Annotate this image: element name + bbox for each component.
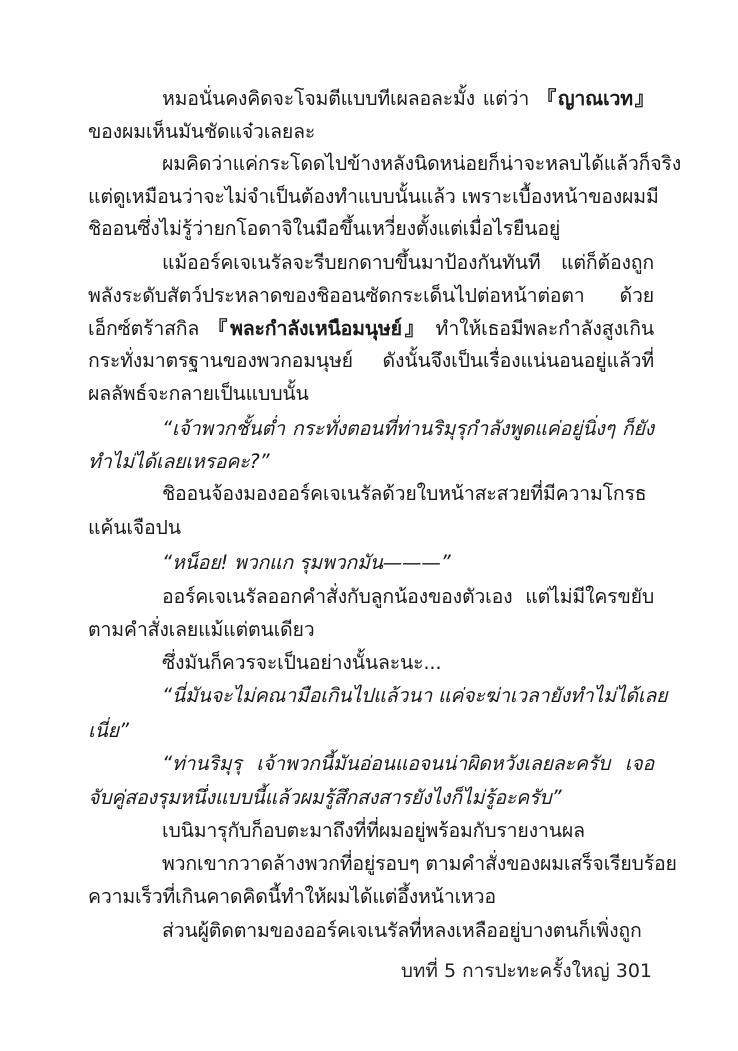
dialogue-line: เนี่ย” bbox=[88, 714, 654, 747]
text-line: พวกเขากวาดล้างพวกที่อยู่รอบๆ ตามคำสั่งขอ… bbox=[162, 847, 654, 880]
text-line: ซึ่งมันก็ควรจะเป็นอย่างนั้นละนะ... bbox=[162, 646, 654, 679]
dialogue-line: “นี่มันจะไม่คณามือเกินไปแล้วนา แค่จะฆ่าเ… bbox=[162, 679, 654, 712]
text-line: แค้นเจือปน bbox=[88, 511, 654, 544]
text-line: ออร์คเจเนรัลออกคำสั่งกับลูกน้องของตัวเอง… bbox=[162, 580, 654, 613]
dialogue-line: จับคู่สองรุมหนึ่งแบบนี้แล้วผมรู้สึกสงสาร… bbox=[88, 781, 654, 814]
text-line: ของผมเห็นมันชัดแจ๋วเลยละ bbox=[88, 115, 654, 148]
bracket-close: 』 bbox=[633, 87, 654, 110]
text-line: หมอนั่นคงคิดจะโจมตีแบบทีเผลอละมั้ง แต่ว่… bbox=[162, 82, 654, 115]
dialogue-line: “ท่านริมุรุ เจ้าพวกนี้มันอ่อนแอจนน่าผิดห… bbox=[162, 747, 654, 780]
text-line: เบนิมารุกับก็อบตะมาถึงที่ที่ผมอยู่พร้อมก… bbox=[162, 814, 654, 847]
page-footer: บทที่ 5 การปะทะครั้งใหญ่ 301 bbox=[394, 955, 652, 987]
text-line: เอ็กซ์ตร้าสกิล 『พละกำลังเหนือมนุษย์』 ทำใ… bbox=[88, 312, 654, 345]
page-number: 301 bbox=[616, 960, 652, 982]
text-segment: หมอนั่นคงคิดจะโจมตีแบบทีเผลอละมั้ง แต่ว่… bbox=[162, 87, 537, 110]
skill-term: ญาณเวท bbox=[558, 87, 633, 110]
text-line: ชิออนซึ่งไม่รู้ว่ายกโอดาจิในมือขึ้นเหวี่… bbox=[88, 212, 654, 245]
text-line: ชิออนจ้องมองออร์คเจเนรัลด้วยใบหน้าสะสวยท… bbox=[162, 477, 654, 510]
bracket-open: 『 bbox=[208, 317, 230, 340]
book-page: หมอนั่นคงคิดจะโจมตีแบบทีเผลอละมั้ง แต่ว่… bbox=[0, 0, 738, 1051]
chapter-label: บทที่ 5 การปะทะครั้งใหญ่ bbox=[401, 960, 610, 982]
text-line: แม้ออร์คเจเนรัลจะรีบยกดาบขึ้นมาป้องกันทั… bbox=[162, 246, 654, 279]
bracket-open: 『 bbox=[537, 87, 558, 110]
text-line: พลังระดับสัตว์ประหลาดของชิออนซัดกระเด็นไ… bbox=[88, 279, 654, 312]
text-line: ผมคิดว่าแค่กระโดดไปข้างหลังนิดหน่อยก็น่า… bbox=[162, 147, 654, 180]
text-segment: ทำให้เธอมีพละกำลังสูงเกิน bbox=[427, 317, 654, 340]
dialogue-line: “เจ้าพวกชั้นต่ำ กระทั่งตอนที่ท่านริมุรุก… bbox=[162, 412, 654, 445]
dialogue-line: ทำไม่ได้เลยเหรอคะ?” bbox=[88, 445, 654, 478]
text-line: แต่ดูเหมือนว่าจะไม่จำเป็นต้องทำแบบนั้นแล… bbox=[88, 180, 654, 213]
text-line: ส่วนผู้ติดตามของออร์คเจเนรัลที่หลงเหลืออ… bbox=[162, 914, 654, 947]
text-line: ตามคำสั่งเลยแม้แต่ตนเดียว bbox=[88, 613, 654, 646]
bracket-close: 』 bbox=[402, 317, 427, 340]
text-line: ผลลัพธ์จะกลายเป็นแบบนั้น bbox=[88, 377, 654, 410]
text-segment: เอ็กซ์ตร้าสกิล bbox=[88, 317, 208, 340]
text-line: กระทั่งมาตรฐานของพวกอมนุษย์ ดังนั้นจึงเป… bbox=[88, 344, 654, 377]
text-line: ความเร็วที่เกินคาดคิดนี้ทำให้ผมได้แต่อึ้… bbox=[88, 880, 654, 913]
skill-term: พละกำลังเหนือมนุษย์ bbox=[230, 317, 402, 340]
dialogue-line: “หน็อย! พวกแก รุมพวกมัน———” bbox=[162, 546, 654, 579]
